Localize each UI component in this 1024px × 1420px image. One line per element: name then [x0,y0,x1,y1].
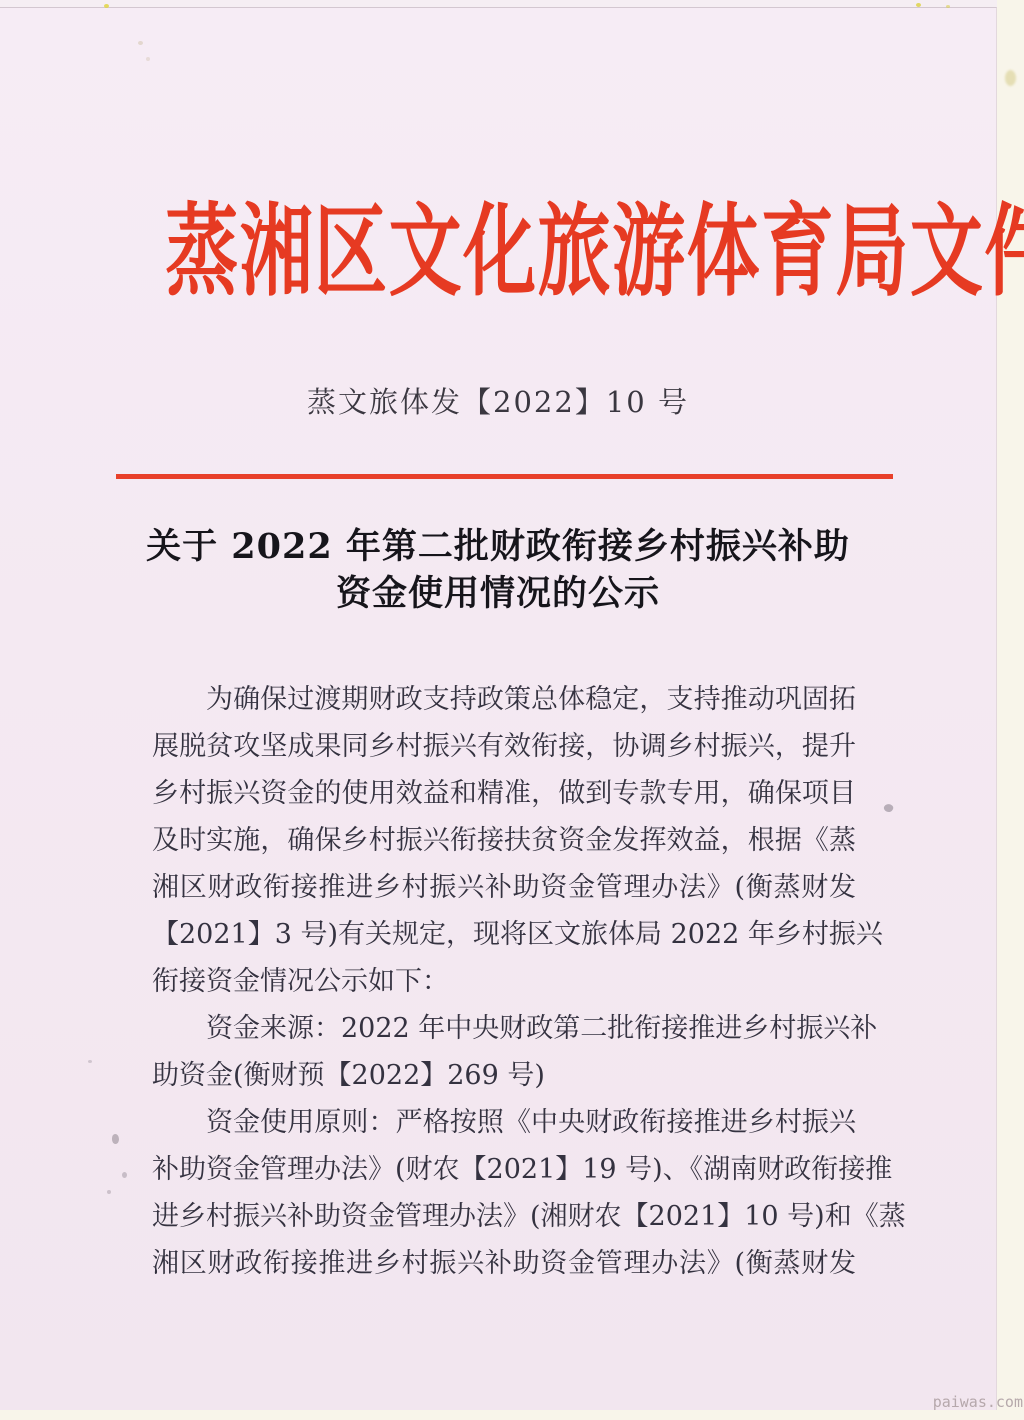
agency-name: 蒸湘区文化旅游体育局文件 [165,192,1024,310]
watermark: paiwas.com [933,1393,1023,1411]
body-line: 乡村振兴资金的使用效益和精准，做到专款专用，确保项目 [152,770,856,817]
scan-speck-yellow [946,5,950,8]
body-line: 补助资金管理办法》(财农【2021】19 号)、《湖南财政衔接推 [152,1146,856,1193]
body-paragraph-2: 资金来源：2022 年中央财政第二批衔接推进乡村振兴补 助资金(衡财预【2022… [152,1005,856,1099]
body-line: 进乡村振兴补助资金管理办法》(湘财农【2021】10 号)和《蒸 [152,1193,856,1240]
body-line: 湘区财政衔接推进乡村振兴补助资金管理办法》(衡蒸财发 [152,864,856,911]
body-line: 资金来源：2022 年中央财政第二批衔接推进乡村振兴补 [152,1005,856,1052]
scan-speck [146,57,150,61]
scan-speck-yellow [104,4,109,8]
document-body: 为确保过渡期财政支持政策总体稳定，支持推动巩固拓 展脱贫攻坚成果同乡村振兴有效衔… [152,676,856,1287]
doc-number: 蒸文旅体发【2022】10 号 [0,384,996,420]
body-line: 湘区财政衔接推进乡村振兴补助资金管理办法》(衡蒸财发 [152,1240,856,1287]
document-title: 关于 2022 年第二批财政衔接乡村振兴补助 资金使用情况的公示 [0,523,996,617]
scan-smudge-yellow [1005,70,1016,86]
body-line: 及时实施，确保乡村振兴衔接扶贫资金发挥效益，根据《蒸 [152,817,856,864]
red-separator-line [116,474,893,479]
scanner-top-edge [0,0,997,7]
document-title-line2: 资金使用情况的公示 [0,570,996,617]
agency-banner: 蒸湘区文化旅游体育局文件 [0,192,996,310]
document-title-line1: 关于 2022 年第二批财政衔接乡村振兴补助 [0,523,996,570]
body-line: 资金使用原则：严格按照《中央财政衔接推进乡村振兴 [152,1099,856,1146]
body-line: 展脱贫攻坚成果同乡村振兴有效衔接，协调乡村振兴，提升 [152,723,856,770]
body-line: 为确保过渡期财政支持政策总体稳定，支持推动巩固拓 [152,676,856,723]
body-paragraph-3: 资金使用原则：严格按照《中央财政衔接推进乡村振兴 补助资金管理办法》(财农【20… [152,1099,856,1287]
scan-speck [112,1134,119,1144]
document-page: 蒸湘区文化旅游体育局文件 蒸文旅体发【2022】10 号 关于 2022 年第二… [0,7,997,1410]
scan-speck-yellow [916,3,921,7]
body-line: 衔接资金情况公示如下： [152,958,856,1005]
scanned-document: { "document": { "banner": "蒸湘区文化旅游体育局文件"… [0,0,1024,1420]
scan-speck [883,802,895,813]
scan-speck [138,41,143,45]
scan-speck [88,1060,92,1063]
body-paragraph-1: 为确保过渡期财政支持政策总体稳定，支持推动巩固拓 展脱贫攻坚成果同乡村振兴有效衔… [152,676,856,1005]
scan-speck [122,1172,127,1178]
body-line: 助资金(衡财预【2022】269 号) [152,1052,856,1099]
body-line: 【2021】3 号)有关规定，现将区文旅体局 2022 年乡村振兴 [152,911,856,958]
scan-speck [107,1190,111,1194]
